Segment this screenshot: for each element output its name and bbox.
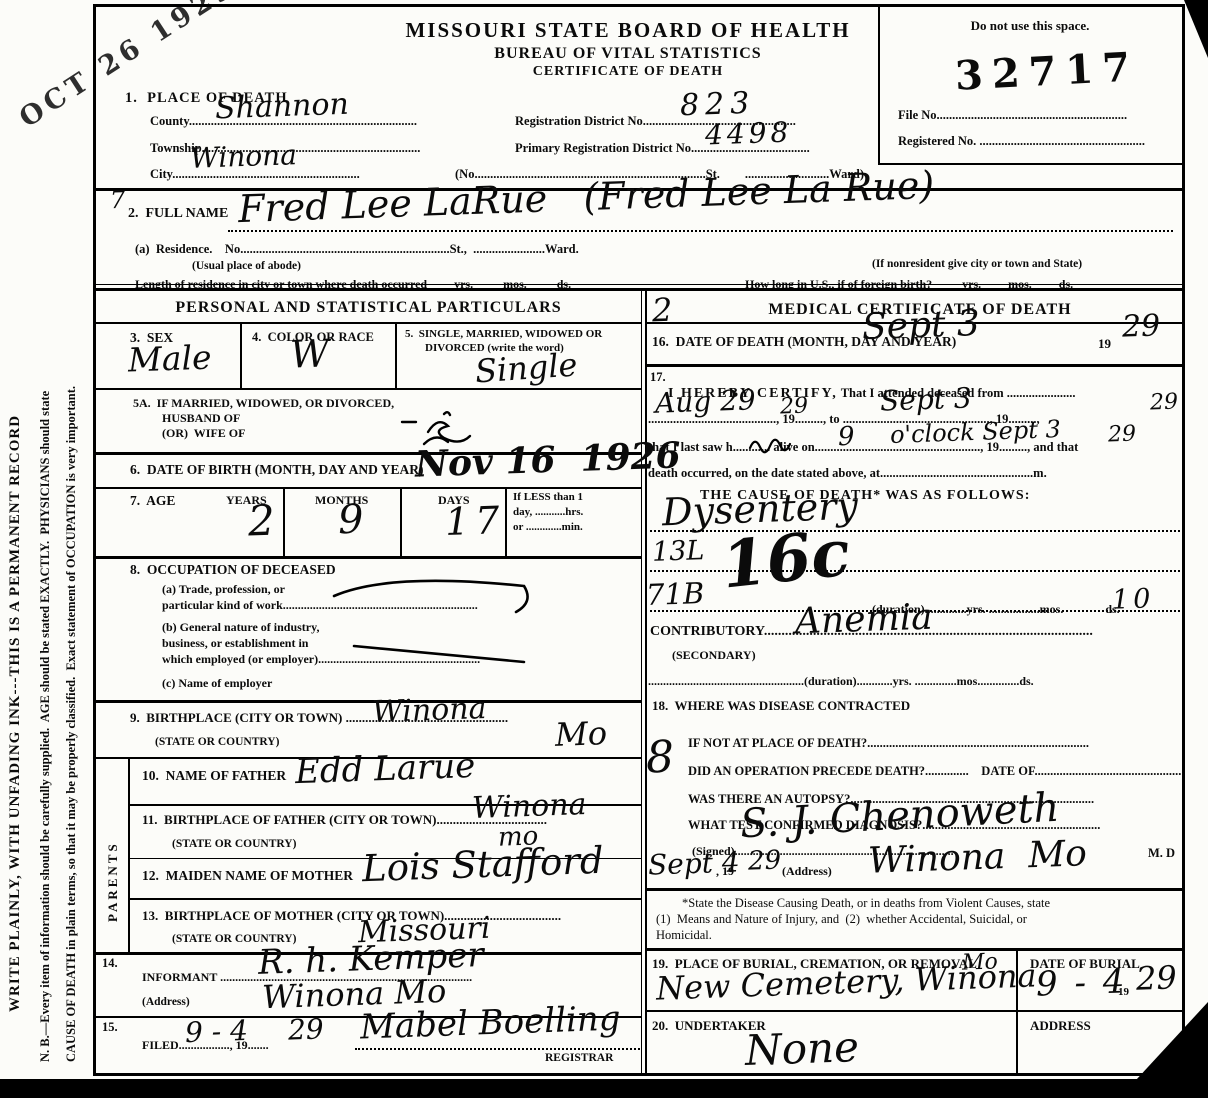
attended-to-year-value: 29 xyxy=(1150,392,1179,415)
rule-double-top xyxy=(96,284,1182,285)
registrar-label: REGISTRAR xyxy=(545,1052,613,1066)
occupation-c-label: (c) Name of employer xyxy=(162,676,272,690)
rule-under-occupation xyxy=(96,700,641,703)
scan-top-right-wedge xyxy=(1184,0,1208,58)
sign-address-label: (Address) xyxy=(782,864,832,878)
burial-year-printed: 19 xyxy=(1118,986,1129,999)
sign-address-value: Winona Mo xyxy=(867,836,1087,880)
disease-contracted-label: 18. WHERE WAS DISEASE CONTRACTED xyxy=(652,698,910,714)
county-value-handwritten: Shannon xyxy=(215,90,350,125)
certify-number: 17. xyxy=(650,370,666,385)
divider-sex-color xyxy=(240,322,242,388)
father-name-value: Edd Larue xyxy=(294,749,475,789)
informant-address-label: (Address) xyxy=(142,996,190,1010)
filed-date-value: 9 - 4 xyxy=(185,1017,249,1047)
margin-mark-7: 7 xyxy=(110,188,126,213)
attended-from-year-value: 29 xyxy=(780,396,809,419)
certificate-number: 32717 xyxy=(954,43,1140,101)
rule-between-19-20 xyxy=(647,1010,1182,1012)
age-months-value: 9 xyxy=(337,500,364,541)
filed-field: FILED................., 19....... xyxy=(142,1038,362,1052)
rule-under-row-3-4-5 xyxy=(96,388,641,390)
less-than-day-line2: day, ...........hrs. xyxy=(513,506,633,519)
age-years-value: 2 xyxy=(247,500,275,543)
rule-above-footnote xyxy=(647,888,1182,891)
alive-time-value: 9 xyxy=(838,424,855,451)
dash-mark-occupation-a xyxy=(330,574,540,620)
date-of-death-value: Sept 3 xyxy=(861,306,980,346)
married-to-label-line3: (OR) WIFE OF xyxy=(162,426,245,440)
rule-under-age xyxy=(96,556,641,559)
bureau-subtitle: BUREAU OF VITAL STATISTICS xyxy=(388,44,868,63)
filed-number: 15. xyxy=(102,1020,118,1035)
age-days-value: 17 xyxy=(444,501,506,541)
undertaker-address-label: ADDRESS xyxy=(1030,1018,1091,1034)
column-divider-inner xyxy=(645,291,647,1076)
margin-permanent-record-text: WRITE PLAINLY, WITH UNFADING INK---THIS … xyxy=(6,415,24,1012)
page-title: MISSOURI STATE BOARD OF HEALTH xyxy=(388,18,868,43)
rule-above-burial xyxy=(647,948,1182,951)
operation-field: DID AN OPERATION PRECEDE DEATH?.........… xyxy=(688,764,1182,779)
birthplace-value: Winona xyxy=(372,694,487,728)
occupation-b-line2: business, or establishment in xyxy=(162,636,308,650)
city-value-handwritten: Winona xyxy=(190,141,298,173)
father-birthplace-value: Winona xyxy=(472,790,587,824)
margin-note-line1: N. B.—Every item of information should b… xyxy=(38,391,53,1062)
operation-mark-value: 8 xyxy=(645,736,675,781)
personal-section-header: PERSONAL AND STATISTICAL PARTICULARS xyxy=(96,298,641,317)
date-of-burial-value: 9 - 4 xyxy=(1035,964,1128,1001)
date-of-death-year-printed: 19 xyxy=(1098,336,1111,352)
primary-registration-field: Primary Registration District No........… xyxy=(515,141,867,156)
abode-label: (Usual place of abode) xyxy=(192,260,301,274)
less-than-day-line3: or .............min. xyxy=(513,521,633,534)
column-divider-outer xyxy=(641,291,642,1076)
cause-code-13l: 13L xyxy=(652,537,705,566)
if-not-place-field: IF NOT AT PLACE OF DEATH?...............… xyxy=(688,736,1182,751)
father-name-label: 10. NAME OF FATHER xyxy=(142,768,286,784)
footnote-line3: Homicidal. xyxy=(656,928,712,943)
contributory-value: Anemia xyxy=(794,600,933,641)
secondary-label: (SECONDARY) xyxy=(672,648,756,662)
scan-bottom-band xyxy=(0,1079,1208,1098)
registrar-dotted-line xyxy=(355,1022,640,1050)
divider-days-less xyxy=(505,487,507,556)
certificate-subtitle: CERTIFICATE OF DEATH xyxy=(388,64,868,81)
date-of-birth-value: Nov 16 1926 xyxy=(414,437,681,482)
nonresident-label: (If nonresident give city or town and St… xyxy=(872,258,1082,272)
sex-value: Male xyxy=(127,341,212,377)
married-to-label-line1: 5A. IF MARRIED, WIDOWED, OR DIVORCED, xyxy=(133,396,394,410)
divider-months-days xyxy=(400,487,402,556)
birthplace-state-value: Mo xyxy=(554,717,607,751)
file-no-field: File No.................................… xyxy=(898,108,1170,123)
him-scribble-mark xyxy=(748,436,792,454)
sign-year-value: 29 xyxy=(748,847,782,874)
certify-line4: death occurred, on the date stated above… xyxy=(648,466,1182,481)
attended-to-value: Sept 3 xyxy=(880,384,973,415)
birthplace-state-label: (STATE OR COUNTRY) xyxy=(155,736,279,750)
primary-registration-value: 4498 xyxy=(705,118,793,149)
contributory-duration-field: ........................................… xyxy=(648,674,1182,688)
do-not-use-label: Do not use this space. xyxy=(890,18,1170,34)
marital-label-line1: 5. SINGLE, MARRIED, WIDOWED OR xyxy=(405,328,602,341)
mother-name-value: Lois Stafford xyxy=(361,842,604,887)
informant-number: 14. xyxy=(102,956,118,971)
footnote-line1: *State the Disease Causing Death, or in … xyxy=(682,896,1050,911)
alive-time2-value: o'clock Sept 3 xyxy=(890,417,1062,447)
rule-under-dob xyxy=(96,487,641,489)
mother-name-label: 12. MAIDEN NAME OF MOTHER xyxy=(142,868,353,884)
divider-years-months xyxy=(283,487,285,556)
registered-no-field: Registered No. .........................… xyxy=(898,134,1170,149)
residence-field: (a) Residence. No.......................… xyxy=(135,242,1095,257)
father-state-label: (STATE OR COUNTRY) xyxy=(172,838,296,852)
less-than-day-line1: If LESS than 1 xyxy=(513,491,583,504)
margin-note-line2: CAUSE OF DEATH in plain terms, so that i… xyxy=(64,386,79,1062)
occupation-label: 8. OCCUPATION OF DECEASED xyxy=(130,562,336,578)
occupation-b-line1: (b) General nature of industry, xyxy=(162,620,319,634)
dash-mark-occupation-b xyxy=(350,638,530,668)
rule-double-bottom xyxy=(96,288,1182,291)
alive-year-value: 29 xyxy=(1108,424,1137,447)
parents-cell-divider xyxy=(128,757,130,953)
cause-duration-days-value: 10 xyxy=(1112,585,1155,613)
sign-year-printed: , 19 xyxy=(716,864,734,878)
parents-vertical-label: PARENTS xyxy=(105,841,121,922)
marital-value: Single xyxy=(474,348,578,387)
full-name-label: 2. FULL NAME xyxy=(128,206,228,223)
attended-from-value: Aug 29 xyxy=(655,386,757,417)
footnote-line2: (1) Means and Nature of Injury, and (2) … xyxy=(656,912,1027,927)
rule-under-mother-name xyxy=(128,898,641,900)
rule-under-date-of-death xyxy=(647,364,1182,367)
undertaker-value: None xyxy=(744,1026,859,1072)
md-label: M. D xyxy=(1148,846,1175,861)
color-race-value: W xyxy=(289,334,329,373)
occupation-a-line1: (a) Trade, profession, or xyxy=(162,582,285,596)
rule-under-personal-header xyxy=(96,322,641,324)
age-label: 7. AGE xyxy=(130,493,175,509)
death-certificate-scan: WRITE PLAINLY, WITH UNFADING INK---THIS … xyxy=(0,0,1208,1098)
date-of-birth-label: 6. DATE OF BIRTH (MONTH, DAY AND YEAR) xyxy=(130,462,424,478)
married-to-label-line2: HUSBAND OF xyxy=(162,411,240,425)
filed-year-value: 29 xyxy=(288,1015,325,1044)
burial-year-value: 29 xyxy=(1135,961,1177,994)
divider-color-marital xyxy=(395,322,397,388)
burial-place-state-value: Mo xyxy=(962,951,999,974)
date-of-death-year-value: 29 xyxy=(1121,311,1160,342)
